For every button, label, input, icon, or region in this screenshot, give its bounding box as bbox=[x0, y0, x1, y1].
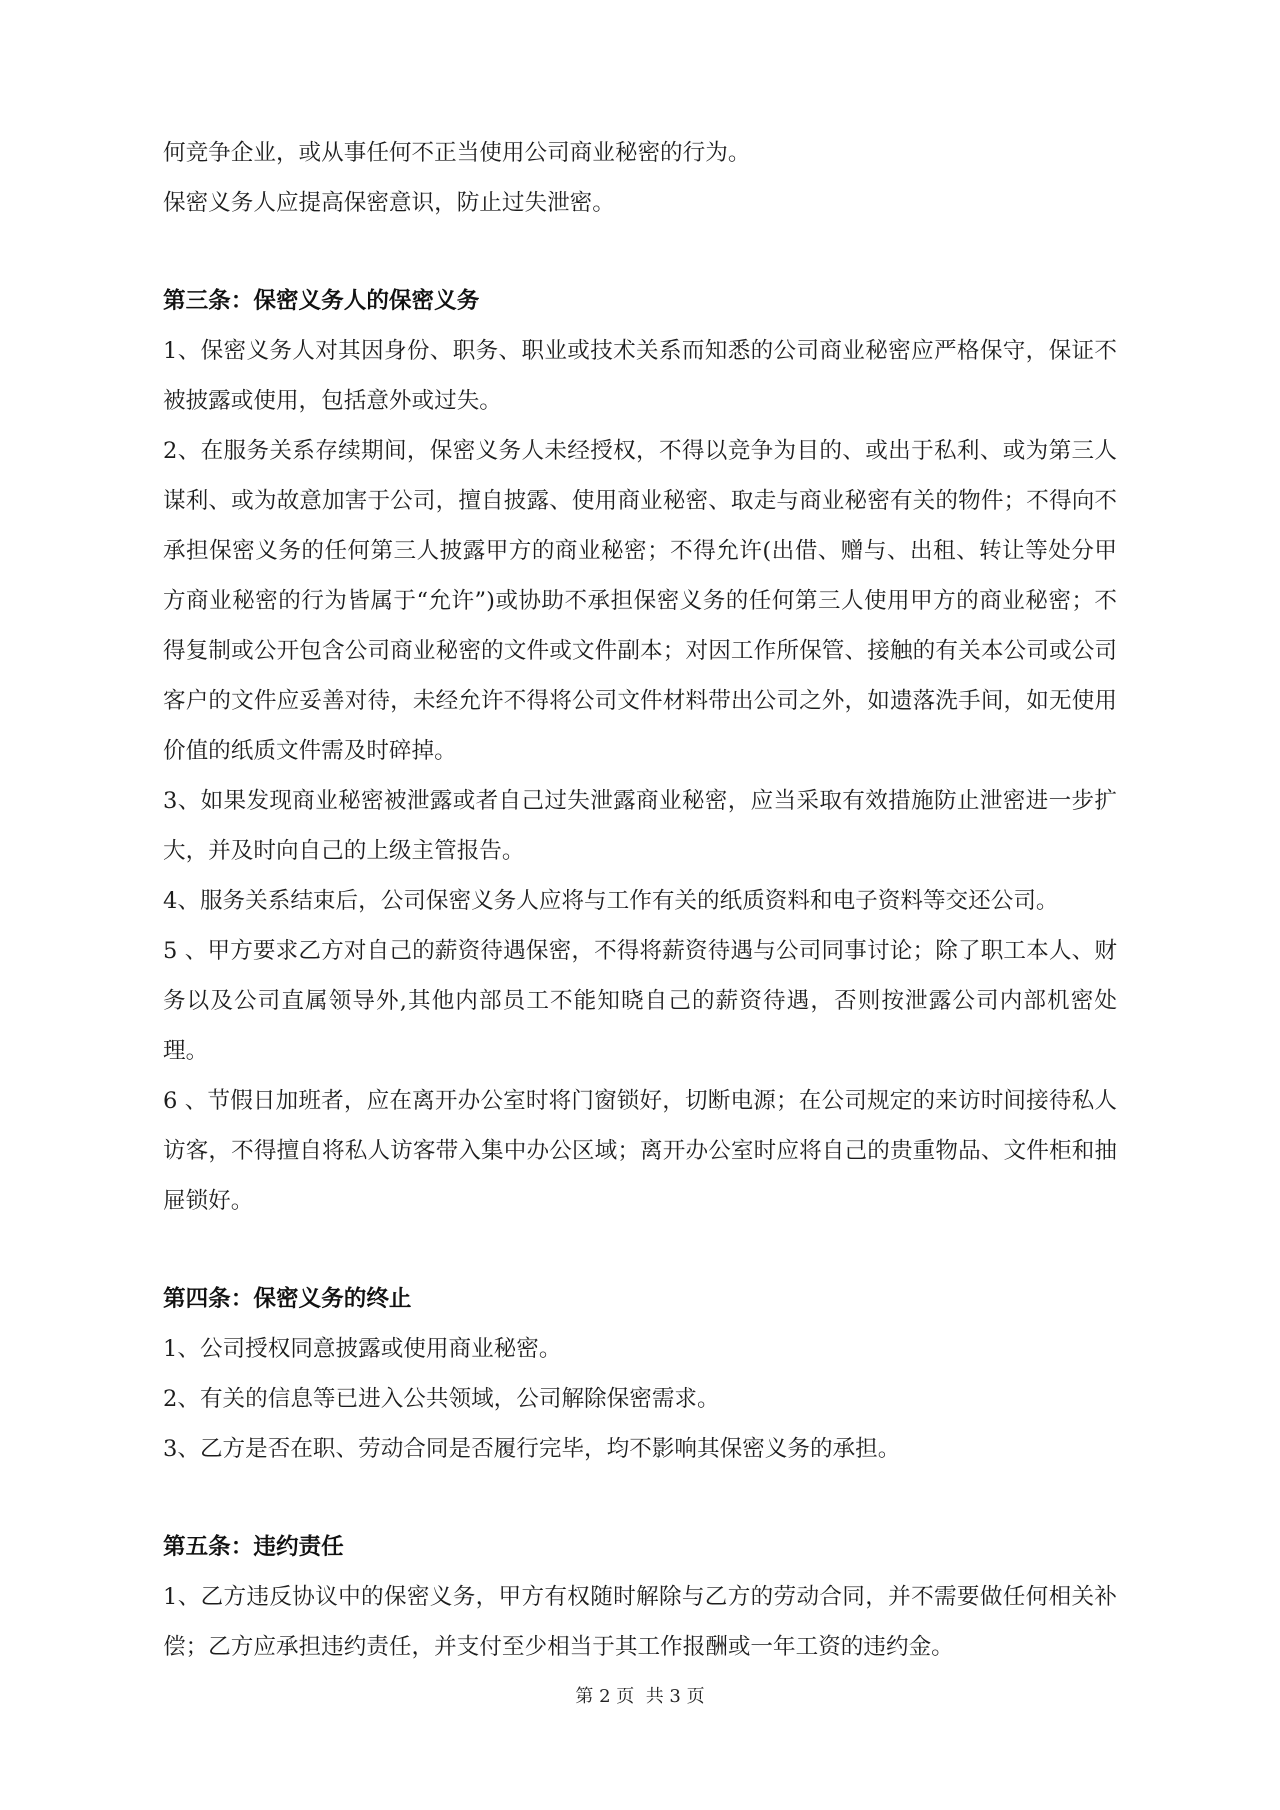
section-gap bbox=[163, 1226, 1117, 1274]
paragraph: 3、乙方是否在职、劳动合同是否履行完毕，均不影响其保密义务的承担。 bbox=[163, 1424, 1117, 1474]
section-article-5: 第五条：违约责任 1、乙方违反协议中的保密义务，甲方有权随时解除与乙方的劳动合同… bbox=[163, 1522, 1117, 1672]
section-heading: 第三条：保密义务人的保密义务 bbox=[163, 276, 1117, 326]
section-heading: 第四条：保密义务的终止 bbox=[163, 1274, 1117, 1324]
section-gap bbox=[163, 228, 1117, 276]
intro-line: 保密义务人应提高保密意识，防止过失泄密。 bbox=[163, 178, 1117, 228]
paragraph: 1、乙方违反协议中的保密义务，甲方有权随时解除与乙方的劳动合同，并不需要做任何相… bbox=[163, 1572, 1117, 1672]
page-footer: 第 2 页 共 3 页 bbox=[163, 1684, 1117, 1710]
paragraph: 1、保密义务人对其因身份、职务、职业或技术关系而知悉的公司商业秘密应严格保守，保… bbox=[163, 326, 1117, 426]
paragraph: 2、在服务关系存续期间，保密义务人未经授权，不得以竞争为目的、或出于私利、或为第… bbox=[163, 426, 1117, 776]
intro-line: 何竞争企业，或从事任何不正当使用公司商业秘密的行为。 bbox=[163, 128, 1117, 178]
paragraph: 4、服务关系结束后，公司保密义务人应将与工作有关的纸质资料和电子资料等交还公司。 bbox=[163, 876, 1117, 926]
paragraph: 2、有关的信息等已进入公共领域，公司解除保密需求。 bbox=[163, 1374, 1117, 1424]
section-heading: 第五条：违约责任 bbox=[163, 1522, 1117, 1572]
section-article-3: 第三条：保密义务人的保密义务 1、保密义务人对其因身份、职务、职业或技术关系而知… bbox=[163, 276, 1117, 1226]
document-page: 何竞争企业，或从事任何不正当使用公司商业秘密的行为。 保密义务人应提高保密意识，… bbox=[0, 0, 1280, 1810]
section-article-4: 第四条：保密义务的终止 1、公司授权同意披露或使用商业秘密。 2、有关的信息等已… bbox=[163, 1274, 1117, 1474]
paragraph: 6 、节假日加班者，应在离开办公室时将门窗锁好，切断电源；在公司规定的来访时间接… bbox=[163, 1076, 1117, 1226]
section-gap bbox=[163, 1474, 1117, 1522]
paragraph: 5 、甲方要求乙方对自己的薪资待遇保密，不得将薪资待遇与公司同事讨论；除了职工本… bbox=[163, 926, 1117, 1076]
paragraph: 1、公司授权同意披露或使用商业秘密。 bbox=[163, 1324, 1117, 1374]
paragraph: 3、如果发现商业秘密被泄露或者自己过失泄露商业秘密，应当采取有效措施防止泄密进一… bbox=[163, 776, 1117, 876]
